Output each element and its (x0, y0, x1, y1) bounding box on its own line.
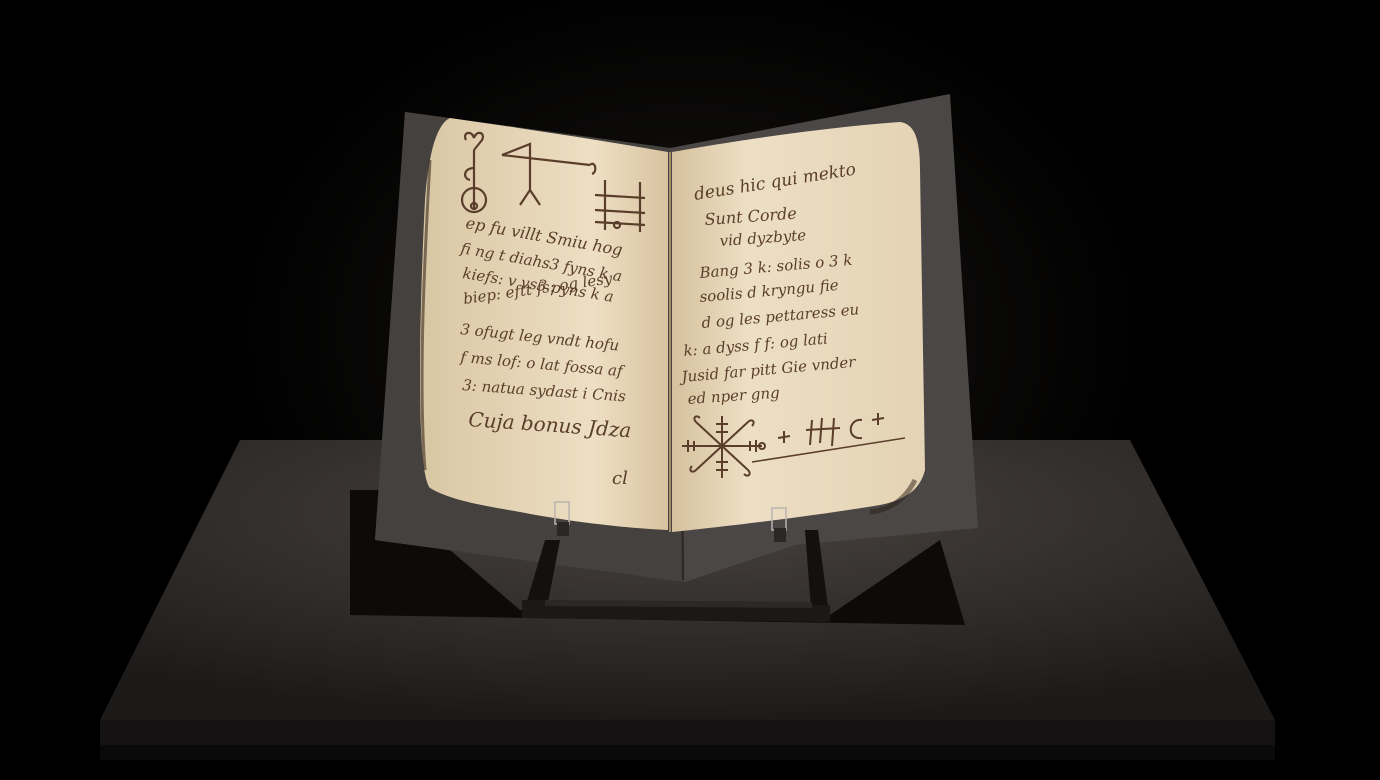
left-line-9: cl (612, 468, 628, 489)
display-illustration: ep fu villt Smiu hog fi ng t diahs3 fyns… (0, 0, 1380, 780)
museum-display-scene: ep fu villt Smiu hog fi ng t diahs3 fyns… (0, 0, 1380, 780)
left-page (420, 118, 668, 530)
